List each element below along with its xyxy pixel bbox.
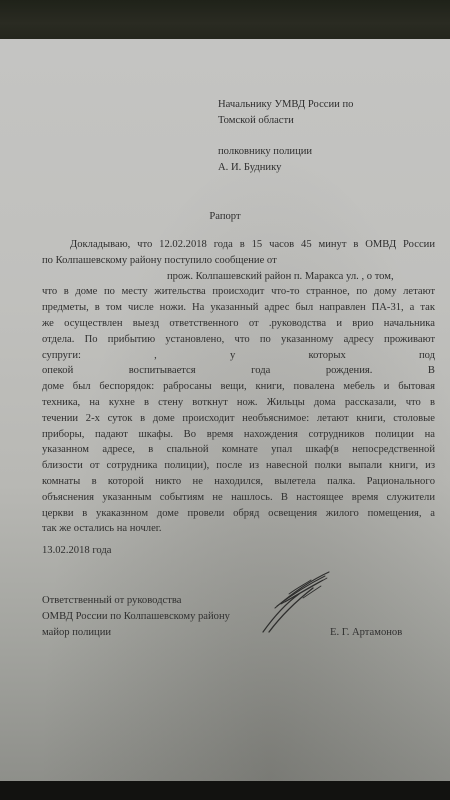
body-line: объяснения указанным событиям не нашлось… [42, 490, 435, 506]
body-line: предметы, в том числе ножи. На указанный… [42, 300, 435, 316]
body-line: опекой воспитывается года рождения. В [42, 363, 435, 379]
signatory-title-block: Ответственный от руководства ОМВД России… [42, 593, 230, 640]
report-date: 13.02.2018 года [42, 543, 112, 559]
signatory-line-2: ОМВД России по Колпашевскому району [42, 609, 230, 625]
addressee-line-2: Томской области [218, 113, 353, 129]
spacer [218, 129, 353, 145]
document-title: Рапорт [0, 209, 450, 225]
body-line: же осуществлен выезд ответственного от .… [42, 316, 435, 332]
signatory-line-3: майор полиции [42, 625, 230, 641]
body-line: что в доме по месту жительства происходи… [42, 284, 435, 300]
body-line: супруги: , у которых под [42, 348, 435, 364]
body-line: доме был беспорядок: рабросаны вещи, кни… [42, 379, 435, 395]
signer-name: Е. Г. Артамонов [330, 625, 402, 641]
body-line: течении 2-х суток в доме происходит необ… [42, 411, 435, 427]
document-page: Начальнику УМВД России по Томской област… [0, 39, 450, 781]
addressee-line-1: Начальнику УМВД России по [218, 97, 353, 113]
addressee-line-4: А. И. Буднику [218, 160, 353, 176]
body-line: приборы, падают шкафы. Во время нахожден… [42, 427, 435, 443]
addressee-block: Начальнику УМВД России по Томской област… [218, 97, 353, 176]
desk-surface-bottom [0, 781, 450, 800]
body-line: церкви в укаказнном доме провели обряд о… [42, 506, 435, 522]
body-line: Докладываю, что 12.02.2018 года в 15 час… [42, 237, 435, 253]
body-line: прож. Колпашевский район п. Маракса ул. … [42, 269, 435, 285]
body-line: близости от сотрудника полиции), после и… [42, 458, 435, 474]
signature-icon [255, 566, 335, 636]
body-line: отдела. По прибытию установлено, что по … [42, 332, 435, 348]
addressee-line-3: полковнику полиции [218, 144, 353, 160]
report-body: Докладываю, что 12.02.2018 года в 15 час… [42, 237, 435, 537]
body-line: комнаты в которой никто не находился, вы… [42, 474, 435, 490]
signatory-line-1: Ответственный от руководства [42, 593, 230, 609]
body-line: по Колпашевскому району поступило сообще… [42, 253, 435, 269]
body-line: так же остались на ночлег. [42, 521, 435, 537]
body-line: указанном адресе, в спальной комнате упа… [42, 442, 435, 458]
desk-surface-top [0, 0, 450, 39]
body-line: техника, на кухне в стену воткнут нож. Ж… [42, 395, 435, 411]
